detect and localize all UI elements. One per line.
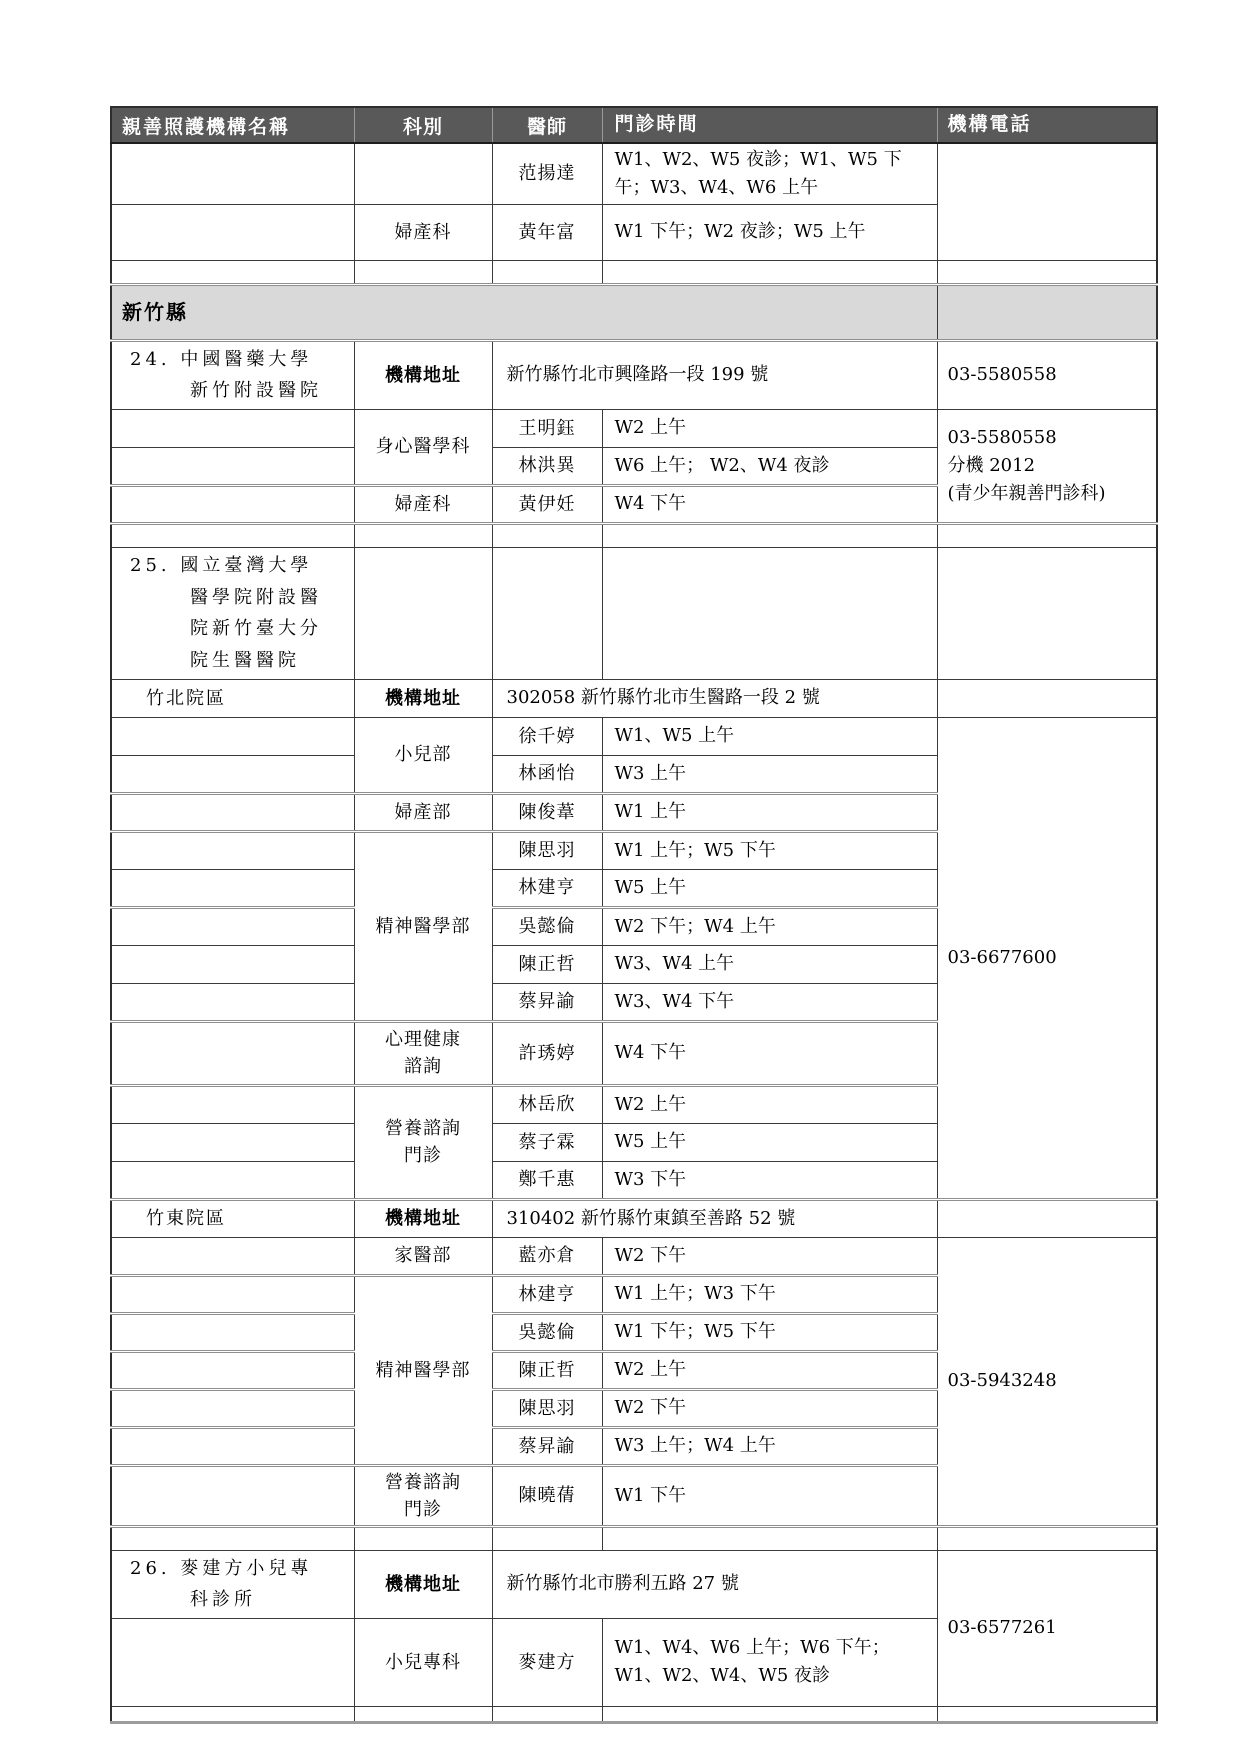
dept-cell: 身心醫學科 [354, 409, 492, 485]
time-cell: W1 下午 [602, 1465, 937, 1526]
spacer-row [111, 260, 1157, 284]
empty-cell [492, 260, 602, 284]
time-cell: W1 上午；W3 下午 [602, 1275, 937, 1313]
empty-cell [111, 1526, 354, 1550]
empty-cell [354, 1526, 492, 1550]
doctor-cell: 徐千婷 [492, 717, 602, 755]
time-cell: W2 上午 [602, 1085, 937, 1123]
document-page: { "colors":{ "header_bg":"#595959", "hea… [0, 0, 1241, 1755]
dept-cell: 家醫部 [354, 1237, 492, 1275]
table-row: 小兒部徐千婷W1、W5 上午03-6677600 [111, 717, 1157, 755]
dept-cell: 機構地址 [354, 1550, 492, 1618]
empty-cell [354, 1706, 492, 1722]
time-cell: W3 上午 [602, 755, 937, 793]
phone-cell: 03-5580558 分機 2012 (青少年親善門診科) [937, 409, 1157, 523]
col-header-time: 門診時間 [602, 107, 937, 143]
empty-cell [937, 523, 1157, 547]
empty-cell [111, 1706, 354, 1722]
table-row: 家醫部藍亦倉W2 下午03-5943248 [111, 1237, 1157, 1275]
doctor-cell: 蔡昇諭 [492, 1427, 602, 1465]
empty-cell [492, 523, 602, 547]
doctor-cell: 許琇婷 [492, 1021, 602, 1085]
time-cell: W3、W4 上午 [602, 945, 937, 983]
dept-cell [354, 143, 492, 204]
doctor-cell: 吳懿倫 [492, 1313, 602, 1351]
empty-cell [937, 1706, 1157, 1722]
time-cell: W2 上午 [602, 409, 937, 447]
dept-cell: 心理健康 諮詢 [354, 1021, 492, 1085]
address-cell: 新竹縣竹北市勝利五路 27 號 [492, 1550, 937, 1618]
doctor-cell: 蔡子霖 [492, 1123, 602, 1161]
name-cell [111, 1123, 354, 1161]
dept-cell: 營養諮詢 門診 [354, 1465, 492, 1526]
name-cell [111, 204, 354, 260]
time-cell: W2 下午 [602, 1389, 937, 1427]
name-cell [111, 1237, 354, 1275]
name-cell [111, 1275, 354, 1313]
time-cell: W1、W2、W5 夜診；W1、W5 下午；W3、W4、W6 上午 [602, 143, 937, 204]
dept-cell: 婦產科 [354, 485, 492, 523]
doctor-cell: 蔡昇諭 [492, 983, 602, 1021]
time-cell: W2 下午；W4 上午 [602, 907, 937, 945]
name-cell [111, 1161, 354, 1199]
time-cell: W4 下午 [602, 485, 937, 523]
time-cell: W1 上午 [602, 793, 937, 831]
section-row: 新竹縣 [111, 284, 1157, 340]
col-header-name: 親善照護機構名稱 [111, 107, 354, 143]
col-header-doctor: 醫師 [492, 107, 602, 143]
time-cell: W1 下午；W2 夜診；W5 上午 [602, 204, 937, 260]
empty-cell [111, 260, 354, 284]
dept-cell: 婦產部 [354, 793, 492, 831]
dept-cell: 機構地址 [354, 1199, 492, 1237]
dept-cell: 小兒專科 [354, 1618, 492, 1706]
empty-cell [492, 1526, 602, 1550]
col-header-phone: 機構電話 [937, 107, 1157, 143]
time-cell: W1、W4、W6 上午；W6 下午；W1、W2、W4、W5 夜診 [602, 1618, 937, 1706]
section-header: 新竹縣 [111, 284, 937, 340]
phone-cell: 03-6677600 [937, 717, 1157, 1199]
phone-cell [937, 679, 1157, 717]
name-cell [111, 1351, 354, 1389]
empty-cell [602, 523, 937, 547]
doctor-cell: 林岳欣 [492, 1085, 602, 1123]
name-cell [111, 1021, 354, 1085]
doctor-cell: 麥建方 [492, 1618, 602, 1706]
doctor-cell: 陳曉蒨 [492, 1465, 602, 1526]
time-cell: W3 上午；W4 上午 [602, 1427, 937, 1465]
empty-cell [602, 260, 937, 284]
table-row: 24. 中國醫藥大學 新竹附設醫院機構地址新竹縣竹北市興隆路一段 199 號03… [111, 340, 1157, 409]
empty-cell [602, 1526, 937, 1550]
dept-cell: 婦產科 [354, 204, 492, 260]
empty-cell [111, 523, 354, 547]
table-row: 身心醫學科王明鈺W2 上午03-5580558 分機 2012 (青少年親善門診… [111, 409, 1157, 447]
header-row: 親善照護機構名稱科別醫師門診時間機構電話 [111, 107, 1157, 143]
dept-cell: 機構地址 [354, 340, 492, 409]
doctor-cell: 陳正哲 [492, 1351, 602, 1389]
name-cell [111, 143, 354, 204]
empty-cell [937, 260, 1157, 284]
phone-cell: 03-6577261 [937, 1550, 1157, 1706]
name-cell: 24. 中國醫藥大學 新竹附設醫院 [111, 340, 354, 409]
doctor-cell: 林建亨 [492, 1275, 602, 1313]
dept-cell: 精神醫學部 [354, 831, 492, 1021]
name-cell [111, 1313, 354, 1351]
doctor-cell: 林建亨 [492, 869, 602, 907]
empty-cell [354, 260, 492, 284]
time-cell: W3 下午 [602, 1161, 937, 1199]
address-cell: 302058 新竹縣竹北市生醫路一段 2 號 [492, 679, 937, 717]
doctor-cell: 黃年富 [492, 204, 602, 260]
time-cell: W1 上午；W5 下午 [602, 831, 937, 869]
doctor-cell: 鄭千惠 [492, 1161, 602, 1199]
doctor-cell: 陳思羽 [492, 831, 602, 869]
name-cell [111, 1389, 354, 1427]
phone-cell: 03-5580558 [937, 340, 1157, 409]
time-cell [602, 547, 937, 679]
time-cell: W1、W5 上午 [602, 717, 937, 755]
table-row: 竹北院區機構地址302058 新竹縣竹北市生醫路一段 2 號 [111, 679, 1157, 717]
name-cell [111, 755, 354, 793]
empty-cell [937, 1526, 1157, 1550]
name-cell [111, 447, 354, 485]
spacer-row [111, 523, 1157, 547]
name-cell [111, 907, 354, 945]
time-cell: W2 下午 [602, 1237, 937, 1275]
name-cell [111, 485, 354, 523]
table-row: 25. 國立臺灣大學 醫學院附設醫 院新竹臺大分 院生醫醫院 [111, 547, 1157, 679]
doctor-cell: 王明鈺 [492, 409, 602, 447]
time-cell: W1 下午；W5 下午 [602, 1313, 937, 1351]
empty-cell [492, 1706, 602, 1722]
dept-cell [354, 547, 492, 679]
empty-cell [354, 523, 492, 547]
doctor-cell: 陳思羽 [492, 1389, 602, 1427]
name-cell: 25. 國立臺灣大學 醫學院附設醫 院新竹臺大分 院生醫醫院 [111, 547, 354, 679]
section-header-phone-cell [937, 284, 1157, 340]
doctor-cell: 林函怡 [492, 755, 602, 793]
time-cell: W2 上午 [602, 1351, 937, 1389]
table-row: 竹東院區機構地址310402 新竹縣竹東鎮至善路 52 號 [111, 1199, 1157, 1237]
name-cell [111, 945, 354, 983]
phone-cell [937, 143, 1157, 260]
table-row: 26. 麥建方小兒專 科診所機構地址新竹縣竹北市勝利五路 27 號03-6577… [111, 1550, 1157, 1618]
table-row: 范揚達W1、W2、W5 夜診；W1、W5 下午；W3、W4、W6 上午 [111, 143, 1157, 204]
name-cell [111, 717, 354, 755]
doctor-cell: 陳正哲 [492, 945, 602, 983]
dept-cell: 小兒部 [354, 717, 492, 793]
empty-cell [602, 1706, 937, 1722]
doctor-cell [492, 547, 602, 679]
time-cell: W6 上午； W2、W4 夜診 [602, 447, 937, 485]
name-cell [111, 793, 354, 831]
time-cell: W5 上午 [602, 1123, 937, 1161]
doctor-cell: 黃伊妊 [492, 485, 602, 523]
name-cell [111, 983, 354, 1021]
phone-cell [937, 547, 1157, 679]
spacer-row [111, 1706, 1157, 1722]
time-cell: W4 下午 [602, 1021, 937, 1085]
dept-cell: 營養諮詢 門診 [354, 1085, 492, 1199]
name-cell [111, 409, 354, 447]
name-cell [111, 1465, 354, 1526]
name-cell: 26. 麥建方小兒專 科診所 [111, 1550, 354, 1618]
phone-cell: 03-5943248 [937, 1237, 1157, 1526]
time-cell: W3、W4 下午 [602, 983, 937, 1021]
name-cell [111, 1618, 354, 1706]
name-cell [111, 1427, 354, 1465]
care-facilities-table: 親善照護機構名稱科別醫師門診時間機構電話范揚達W1、W2、W5 夜診；W1、W5… [110, 106, 1158, 1724]
doctor-cell: 藍亦倉 [492, 1237, 602, 1275]
name-cell: 竹東院區 [111, 1199, 354, 1237]
name-cell [111, 869, 354, 907]
name-cell [111, 1085, 354, 1123]
address-cell: 310402 新竹縣竹東鎮至善路 52 號 [492, 1199, 937, 1237]
doctor-cell: 林洪異 [492, 447, 602, 485]
page-background: 親善照護機構名稱科別醫師門診時間機構電話范揚達W1、W2、W5 夜診；W1、W5… [0, 0, 1241, 1755]
dept-cell: 機構地址 [354, 679, 492, 717]
doctor-cell: 范揚達 [492, 143, 602, 204]
name-cell [111, 831, 354, 869]
col-header-dept: 科別 [354, 107, 492, 143]
dept-cell: 精神醫學部 [354, 1275, 492, 1465]
doctor-cell: 陳俊葦 [492, 793, 602, 831]
time-cell: W5 上午 [602, 869, 937, 907]
phone-cell [937, 1199, 1157, 1237]
doctor-cell: 吳懿倫 [492, 907, 602, 945]
address-cell: 新竹縣竹北市興隆路一段 199 號 [492, 340, 937, 409]
spacer-row [111, 1526, 1157, 1550]
name-cell: 竹北院區 [111, 679, 354, 717]
